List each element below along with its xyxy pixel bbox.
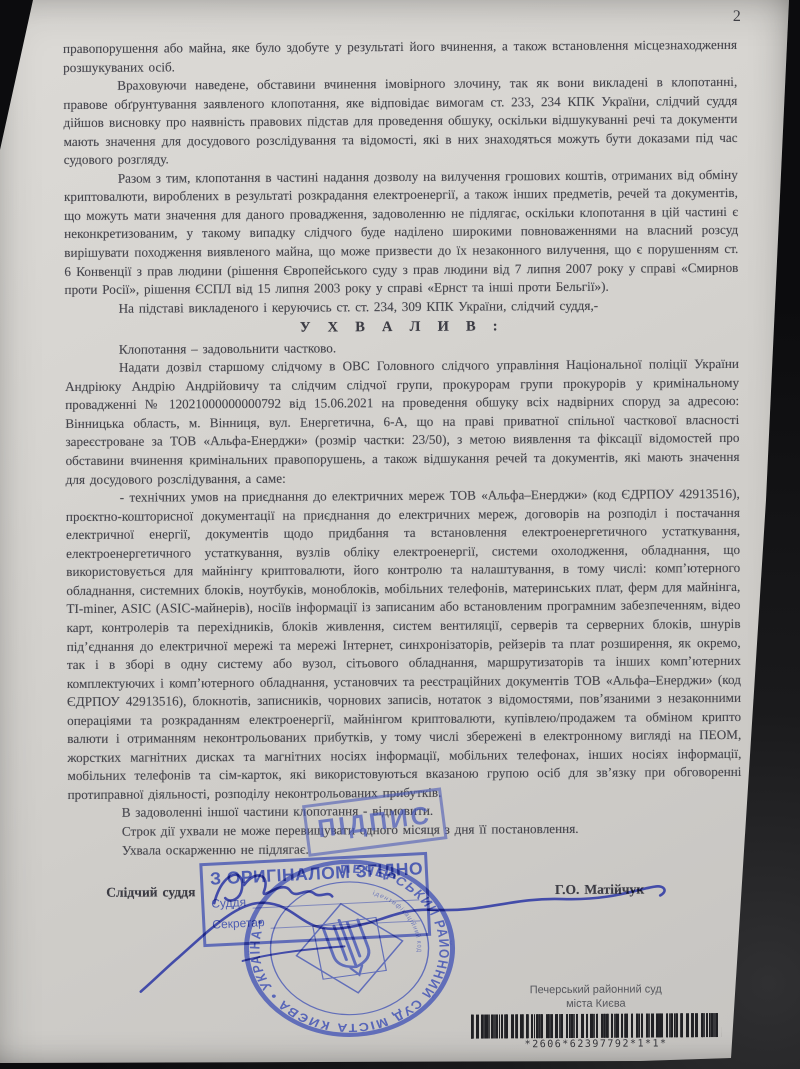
barcode-number: *2606*62397792*1*1* [451,1038,741,1051]
document-page: 2 правопорушення або майна, яке було здо… [0,0,800,1069]
resolution-heading: У Х В А Л И В : [65,316,739,339]
paragraph: Враховуючи наведене, обставини вчинення … [63,73,738,170]
footer-court-line2: міста Києва [451,996,741,1011]
paragraph: правопорушення або майна, яке було здобу… [63,36,737,77]
signature-stamp-label: ПІДПИС [316,800,433,843]
paragraph: Надати дозвіл старшому слідчому в ОВС Го… [65,355,740,489]
photo-background: 2 правопорушення або майна, яке було здо… [0,0,800,1069]
document-body: правопорушення або майна, яке було здобу… [63,36,742,903]
footer-court-block: Печерський районний суд міста Києва *260… [451,983,741,1051]
barcode [471,1013,721,1039]
page-number: 2 [733,8,742,26]
paragraph: - технічних умов на приєднання до електр… [66,485,742,804]
paragraph: Разом з тим, клопотання в частині наданн… [64,166,739,300]
paragraph: На підставі викладеного і керуючись ст. … [65,296,739,319]
